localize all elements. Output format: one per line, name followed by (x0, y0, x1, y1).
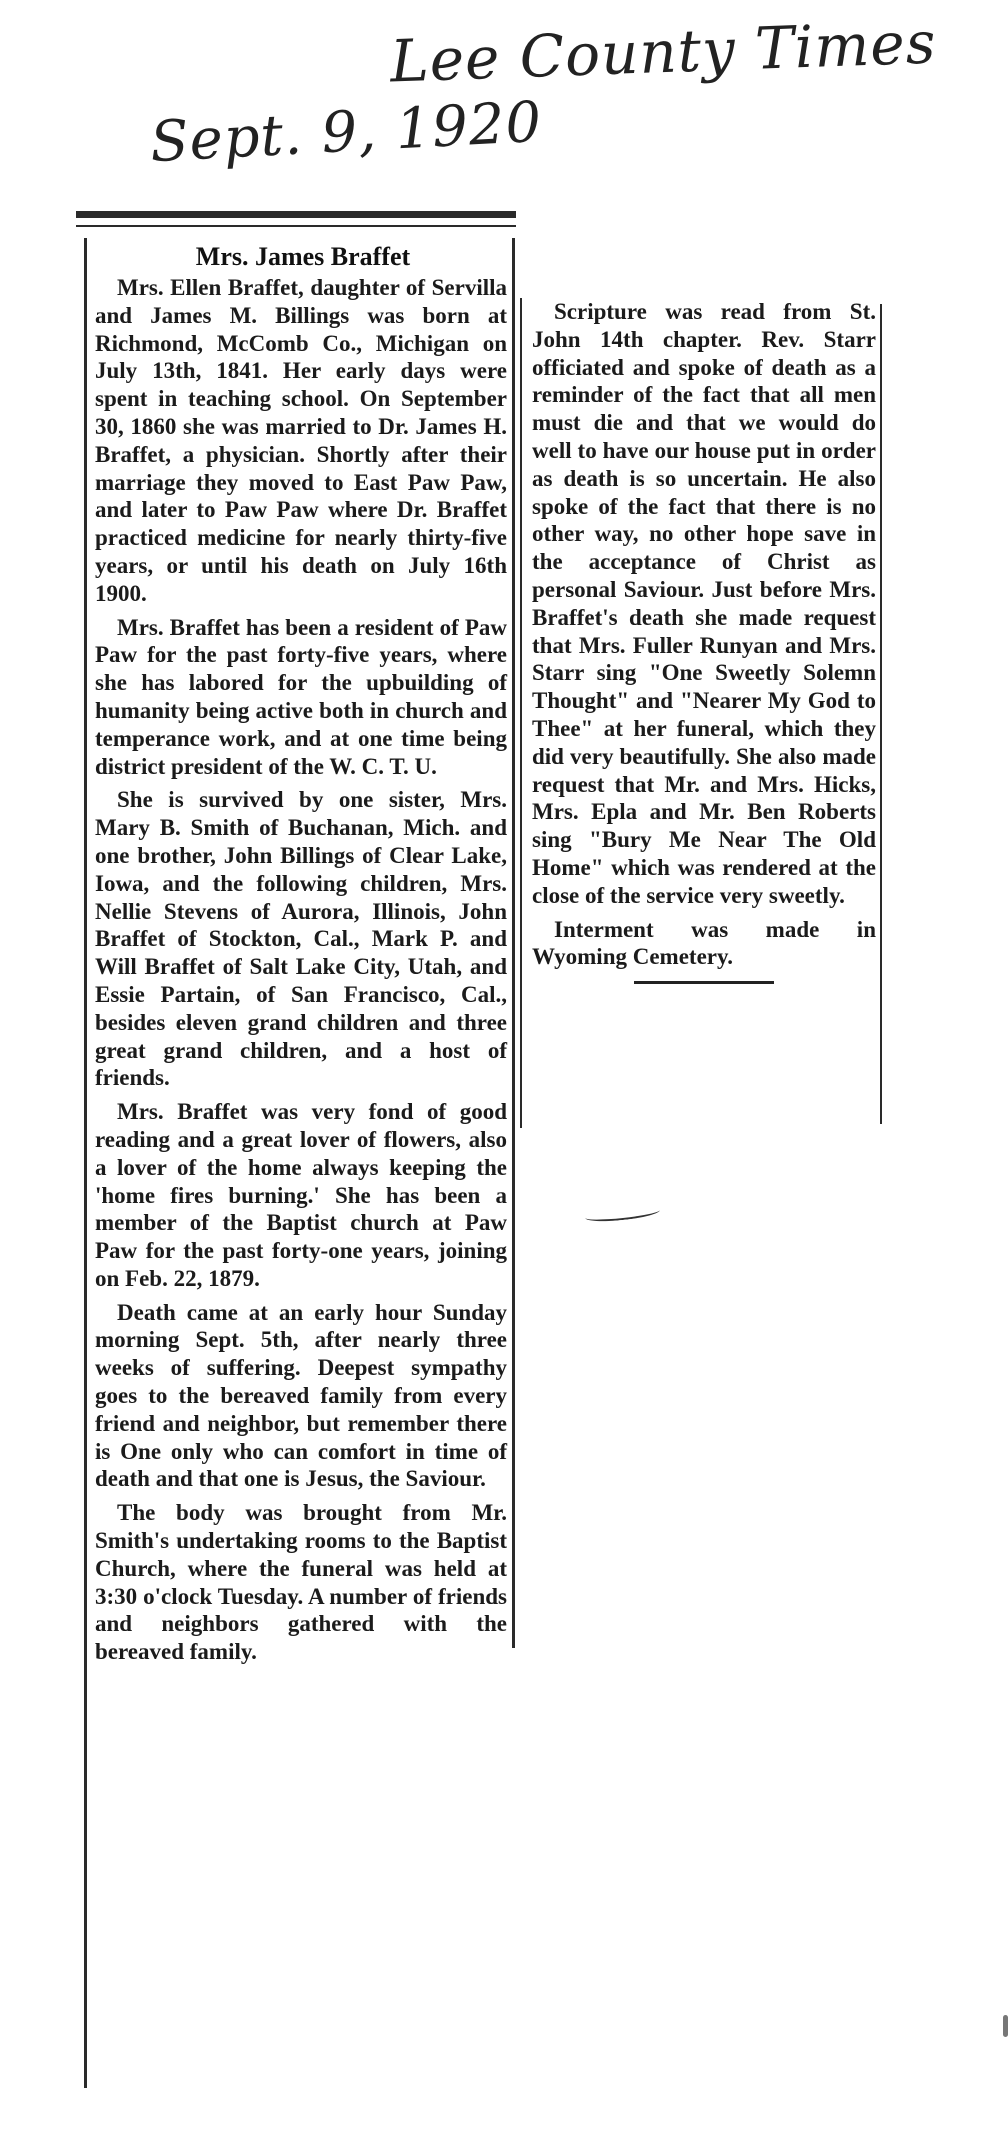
article-headline: Mrs. James Braffet (87, 242, 519, 272)
top-thick-rule (76, 211, 516, 218)
handwritten-newspaper-name: Lee County Times (389, 8, 937, 95)
paragraph-survivors: She is survived by one sister, Mrs. Mary… (95, 786, 507, 1092)
column-divider (512, 238, 515, 1648)
article-end-rule (634, 981, 774, 984)
top-thin-rule (76, 225, 516, 227)
article-right-column: Scripture was read from St. John 14th ch… (520, 298, 882, 1128)
paragraph-funeral: The body was brought from Mr. Smith's un… (95, 1499, 507, 1666)
right-column-border (880, 304, 882, 1124)
paragraph-biography: Mrs. Ellen Braffet, daughter of Servilla… (95, 274, 507, 608)
article-left-column: Mrs. James Braffet Mrs. Ellen Braffet, d… (84, 238, 519, 2088)
scan-edge-mark (1003, 2015, 1008, 2037)
paragraph-death: Death came at an early hour Sunday morni… (95, 1299, 507, 1494)
paragraph-interment: Interment was made in Wyoming Cemetery. (532, 916, 876, 972)
handwritten-date: Sept. 9, 1920 (149, 90, 544, 175)
pen-mark (585, 1204, 661, 1224)
paragraph-service: Scripture was read from St. John 14th ch… (532, 298, 876, 910)
paragraph-residence: Mrs. Braffet has been a resident of Paw … (95, 614, 507, 781)
paragraph-interests: Mrs. Braffet was very fond of good readi… (95, 1098, 507, 1293)
